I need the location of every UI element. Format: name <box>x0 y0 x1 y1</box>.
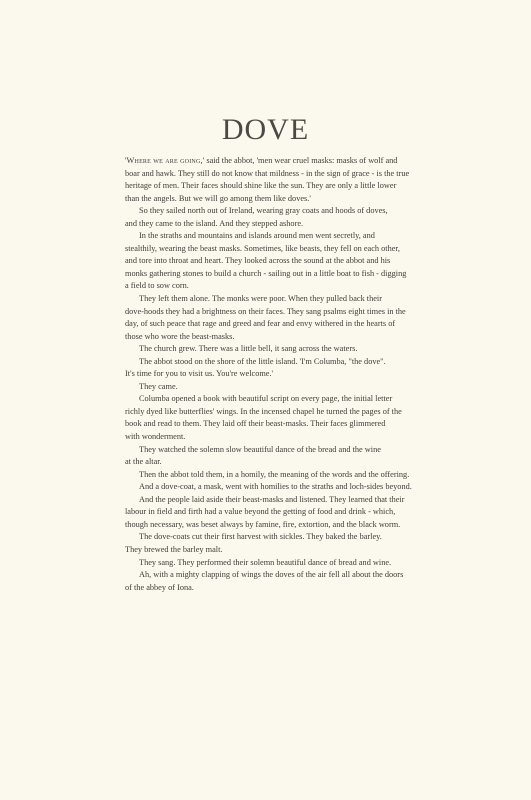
text-line: The abbot stood on the shore of the litt… <box>125 356 425 369</box>
text-line: and they came to the island. And they st… <box>125 218 425 231</box>
text-line: They brewed the barley malt. <box>125 544 425 557</box>
text-line: monks gathering stones to build a church… <box>125 268 425 281</box>
text-line: book and read to them. They laid off the… <box>125 418 425 431</box>
page-title: DOVE <box>0 113 531 147</box>
opening-small-caps: Where we are going, <box>127 156 203 165</box>
opening-line: 'Where we are going,' said the abbot, 'm… <box>125 155 425 168</box>
text-line: It's time for you to visit us. You're we… <box>125 368 425 381</box>
text-line: of the abbey of Iona. <box>125 582 425 595</box>
text-line: day, of such peace that rage and greed a… <box>125 318 425 331</box>
text-line: In the straths and mountains and islands… <box>125 230 425 243</box>
text-line: The dove-coats cut their first harvest w… <box>125 531 425 544</box>
text-line: The church grew. There was a little bell… <box>125 343 425 356</box>
text-line: boar and hawk. They still do not know th… <box>125 168 425 181</box>
text-line: Ah, with a mighty clapping of wings the … <box>125 569 425 582</box>
text-line: with wonderment. <box>125 431 425 444</box>
text-line: And the people laid aside their beast-ma… <box>125 494 425 507</box>
text-line: dove-hoods they had a brightness on thei… <box>125 306 425 319</box>
text-line: They sang. They performed their solemn b… <box>125 557 425 570</box>
text-line: richly dyed like butterflies' wings. In … <box>125 406 425 419</box>
text-line: They watched the solemn slow beautiful d… <box>125 444 425 457</box>
text-line: than the angels. But we will go among th… <box>125 193 425 206</box>
text-line: labour in field and firth had a value be… <box>125 506 425 519</box>
text-line: those who wore the beast-masks. <box>125 331 425 344</box>
opening-rest: ' said the abbot, 'men wear cruel masks:… <box>203 156 398 165</box>
text-line: Then the abbot told them, in a homily, t… <box>125 469 425 482</box>
text-line: heritage of men. Their faces should shin… <box>125 180 425 193</box>
story-body: 'Where we are going,' said the abbot, 'm… <box>125 155 425 594</box>
text-line: and tore into throat and heart. They loo… <box>125 255 425 268</box>
text-line: So they sailed north out of Ireland, wea… <box>125 205 425 218</box>
text-line: They left them alone. The monks were poo… <box>125 293 425 306</box>
text-line: And a dove-coat, a mask, went with homil… <box>125 481 425 494</box>
text-line: stealthily, wearing the beast masks. Som… <box>125 243 425 256</box>
story-lines: boar and hawk. They still do not know th… <box>125 168 425 595</box>
text-line: Columba opened a book with beautiful scr… <box>125 393 425 406</box>
text-line: though necessary, was beset always by fa… <box>125 519 425 532</box>
text-line: at the altar. <box>125 456 425 469</box>
text-line: They came. <box>125 381 425 394</box>
text-line: a field to sow corn. <box>125 280 425 293</box>
document-page: DOVE 'Where we are going,' said the abbo… <box>0 0 531 800</box>
